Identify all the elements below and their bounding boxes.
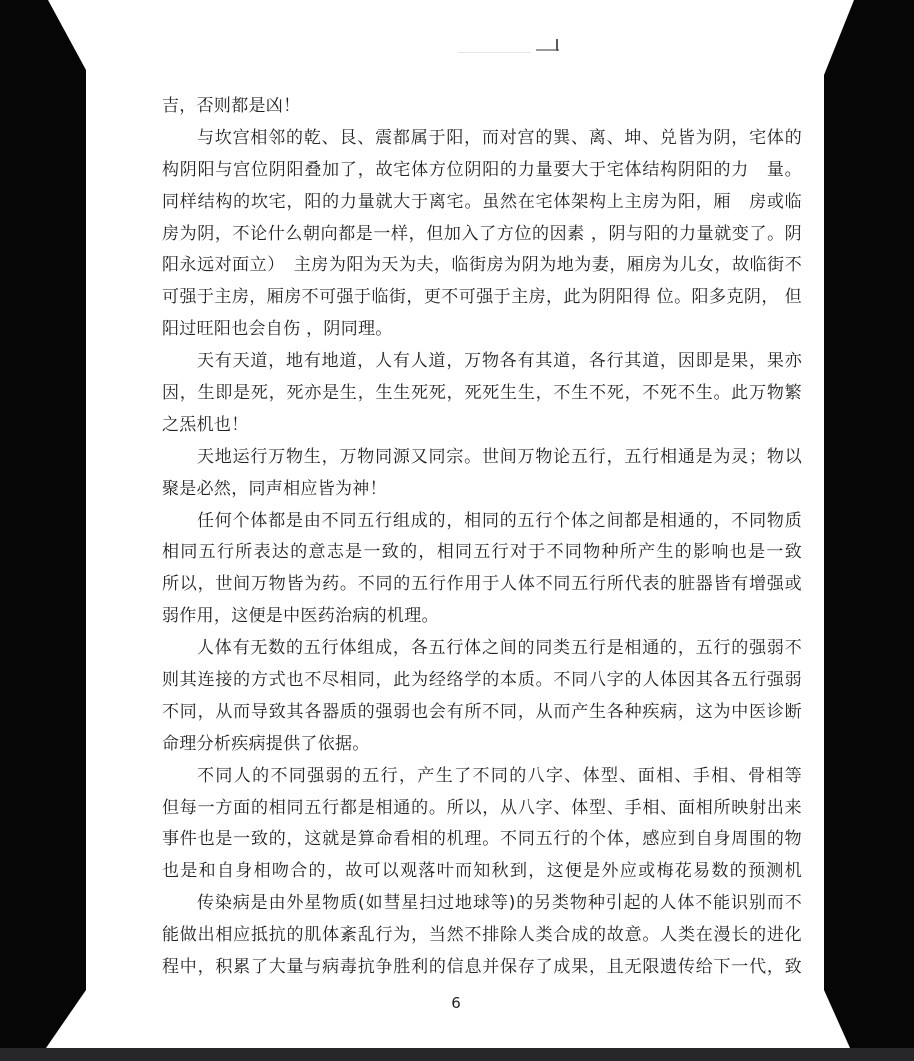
text-line: 人体有无数的五行体组成，各五行体之间的同类五行是相通的，五行的强弱不同	[162, 633, 802, 665]
text-line: 之炁机也！	[162, 410, 802, 442]
text-line: 构阴阳与宫位阴阳叠加了，故宅体方位阴阳的力量要大于宅体结构阴阳的力 量。如	[162, 155, 802, 187]
text-line: 事件也是一致的，这就是算命看相的机理。不同五行的个体，感应到自身周围的物象	[162, 824, 802, 856]
page-number: 6	[86, 994, 826, 1012]
text-line: 任何个体都是由不同五行组成的，相同的五行个体之间都是相通的，不同物质的	[162, 506, 802, 538]
bottom-bar	[0, 1048, 914, 1061]
text-line: 则其连接的方式也不尽相同，此为经络学的本质。不同八字的人体因其各五行强弱的	[162, 665, 802, 697]
text-line: 阳过旺阳也会自伤 ，阴同理。	[162, 314, 802, 346]
text-line: 可强于主房，厢房不可强于临街，更不可强于主房，此为阴阳得 位。阳多克阴， 但	[162, 282, 802, 314]
text-block: 吉，否则都是凶！与坎宫相邻的乾、艮、震都属于阳，而对宫的巽、离、坤、兑皆为阴，宅…	[162, 91, 802, 984]
text-line: 房为阴，不论什么朝向都是一样，但加入了方位的因素 ，阴与阳的力量就变了。阴	[162, 219, 802, 251]
artifact-tick	[556, 39, 558, 51]
text-line: 所以，世间万物皆为药。不同的五行作用于人体不同五行所代表的脏器皆有增强或减	[162, 569, 802, 601]
text-line: 与坎宫相邻的乾、艮、震都属于阳，而对宫的巽、离、坤、兑皆为阴，宅体的结	[162, 123, 802, 155]
text-line: 天有天道，地有地道，人有人道，万物各有其道，各行其道，因即是果，果亦是	[162, 346, 802, 378]
text-line: 不同人的不同强弱的五行，产生了不同的八字、体型、面相、手相、骨相等等。	[162, 761, 802, 793]
text-line: 也是和自身相吻合的，故可以观落叶而知秋到，这便是外应或梅花易数的预测机理。	[162, 856, 802, 888]
text-line: 吉，否则都是凶！	[162, 91, 802, 123]
text-line: 阳永远对面立） 主房为阳为天为夫，临街房为阴为地为妻，厢房为儿女，故临街不	[162, 250, 802, 282]
text-line: 因，生即是死，死亦是生，生生死死，死死生生，不生不死，不死不生。此万物繁衍	[162, 378, 802, 410]
text-line: 但每一方面的相同五行都是相通的。所以，从八字、体型、手相、面相所映射出来的	[162, 793, 802, 825]
text-line: 不同，从而导致其各器质的强弱也会有所不同，从而产生各种疾病，这为中医诊断和	[162, 697, 802, 729]
text-line: 弱作用，这便是中医药治病的机理。	[162, 601, 802, 633]
text-line: 命理分析疾病提供了依据。	[162, 729, 802, 761]
text-line: 传染病是由外星物质(如彗星扫过地球等)的另类物种引起的人体不能识别而不	[162, 888, 802, 920]
scan-smudge	[458, 52, 530, 53]
text-line: 能做出相应抵抗的肌体紊乱行为，当然不排除人类合成的故意。人类在漫长的进化过	[162, 920, 802, 952]
text-line: 相同五行所表达的意志是一致的，相同五行对于不同物种所产生的影响也是一致的。	[162, 537, 802, 569]
text-line: 天地运行万物生，万物同源又同宗。世间万物论五行，五行相通是为灵；物以类	[162, 442, 802, 474]
scan-edge-left	[0, 0, 86, 1048]
text-line: 聚是必然，同声相应皆为神！	[162, 474, 802, 506]
text-line: 程中，积累了大量与病毒抗争胜利的信息并保存了成果，且无限遗传给下一代，致使	[162, 952, 802, 984]
scan-edge-right	[824, 0, 914, 1048]
text-line: 同样结构的坎宅，阳的力量就大于离宅。虽然在宅体架构上主房为阳，厢 房或临街	[162, 187, 802, 219]
